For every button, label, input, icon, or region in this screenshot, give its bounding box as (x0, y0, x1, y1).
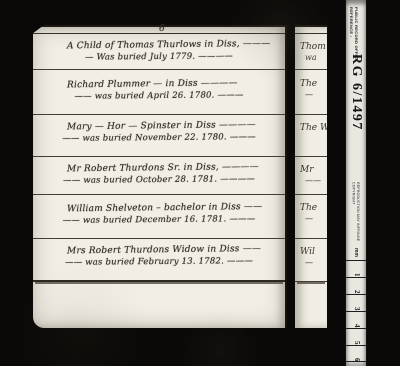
adjacent-entry-fragment: The W (295, 115, 327, 157)
ruler-number: 4 (353, 324, 361, 328)
ruler-number: 5 (353, 341, 361, 345)
entry-name-line: Mrs Robert Thurdons Widow in Diss —— (67, 244, 285, 257)
ruler-number: 3 (353, 307, 361, 311)
fragment-text: The (300, 79, 327, 89)
fragment-text: — (305, 258, 327, 267)
adjacent-page-sliver: Thom wa The — The W Mr —— The — Wil — (295, 25, 327, 328)
film-reference-strip: PUBLIC RECORD OFFICE REFERENCE : RG 6/14… (345, 0, 367, 366)
fragment-text: — (305, 90, 327, 99)
entry-burial-line: —— was buried April 26. 1780. ——— (33, 90, 285, 102)
burial-entry-row: Mr Robert Thurdons Sr. in Diss, ———— —— … (33, 157, 285, 195)
ruler-cell: 3 (346, 294, 366, 311)
entry-burial-line: — Was buried July 1779. ———— (33, 51, 285, 63)
burial-entry-row: Mrs Robert Thurdons Widow in Diss —— —— … (33, 239, 285, 282)
adjacent-entry-fragment: The — (295, 71, 327, 115)
fragment-text: —— (305, 176, 327, 185)
entry-name-line: William Shelveton – bachelor in Diss —— (67, 202, 285, 215)
entry-name-line: A Child of Thomas Thurlows in Diss, ——— (67, 39, 285, 52)
fragment-text: The (300, 203, 327, 213)
adjacent-entry-fragment: Thom wa (295, 33, 327, 70)
burial-entry-row: A Child of Thomas Thurlows in Diss, ——— … (33, 33, 285, 70)
entry-name-line: Mary — Hor — Spinster in Diss ———— (67, 120, 285, 133)
fragment-text: Thom (300, 42, 327, 52)
burial-entry-row: Mary — Hor — Spinster in Diss ———— —— wa… (33, 115, 285, 157)
entry-name-line: Mr Robert Thurdons Sr. in Diss, ———— (67, 162, 285, 175)
register-page: 6 A Child of Thomas Thurlows in Diss, ——… (33, 25, 287, 328)
burial-entry-row: Richard Plummer — in Diss ———— —— was bu… (33, 71, 285, 115)
ruler-number: 6 (353, 358, 361, 362)
fragment-text: — (305, 214, 327, 223)
ruler-cell: 1 (346, 260, 366, 277)
ruler-cell: 4 (346, 311, 366, 328)
entry-burial-line: —— was buried February 13. 1782. ——— (33, 256, 285, 268)
entry-burial-line: —— was buried October 28. 1781. ———— (33, 174, 285, 186)
fragment-text: The W (300, 123, 327, 133)
pro-reference-number: RG 6/1497 (348, 54, 364, 184)
adjacent-entry-fragment: Mr —— (295, 157, 327, 195)
film-ruler: 1 2 3 4 5 6 (346, 260, 366, 366)
ruler-cell: 2 (346, 277, 366, 294)
adjacent-entry-fragment: The — (295, 195, 327, 239)
adjacent-entry-fragment: Wil — (295, 239, 327, 282)
fine-print-line1: REPRODUCTION MAY INFRINGE (356, 182, 360, 241)
entry-name-line: Richard Plummer — in Diss ———— (67, 78, 285, 91)
entry-burial-line: —— was buried November 22. 1780. ——— (33, 132, 285, 144)
copyright-fine-print: REPRODUCTION MAY INFRINGE COPYRIGHT (351, 182, 360, 246)
burial-entry-row: William Shelveton – bachelor in Diss —— … (33, 195, 285, 239)
fragment-text: Wil (300, 247, 327, 257)
ruler-number: 2 (353, 290, 361, 294)
pro-office-label-line2: REFERENCE : (349, 7, 354, 37)
scanned-record-viewer: 6 A Child of Thomas Thurlows in Diss, ——… (0, 0, 400, 366)
ruler-cell: 5 (346, 328, 366, 345)
fine-print-line2: COPYRIGHT (352, 182, 356, 205)
ruler-cell: 6 (346, 345, 366, 362)
entry-burial-line: —— was buried December 16. 1781. ——— (33, 214, 285, 226)
ruler-mm-label: mm (353, 248, 359, 257)
fragment-text: wa (305, 53, 327, 62)
ruler-number: 1 (353, 273, 361, 277)
fragment-text: Mr (300, 165, 327, 175)
